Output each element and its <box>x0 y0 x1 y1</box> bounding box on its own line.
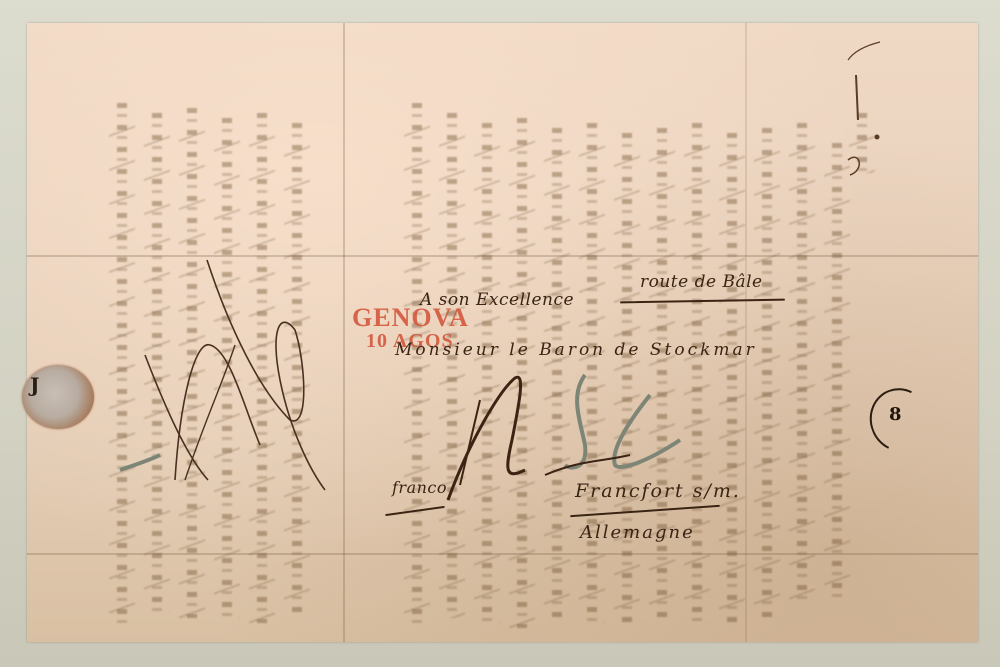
corner-note-1 <box>848 42 880 60</box>
corner-dot <box>875 135 880 140</box>
charge-stroke-2 <box>460 400 480 485</box>
scribble-2 <box>175 345 260 480</box>
grey-charge-1 <box>565 375 585 468</box>
corner-note-2 <box>856 75 858 120</box>
seal-mark: J <box>30 373 39 397</box>
charge-stroke-1 <box>448 377 525 500</box>
grey-stroke-left <box>120 455 160 470</box>
rate-stamp-number: 8 <box>889 404 902 425</box>
handwritten-flourishes <box>0 0 1000 667</box>
corner-note-3 <box>848 157 859 175</box>
